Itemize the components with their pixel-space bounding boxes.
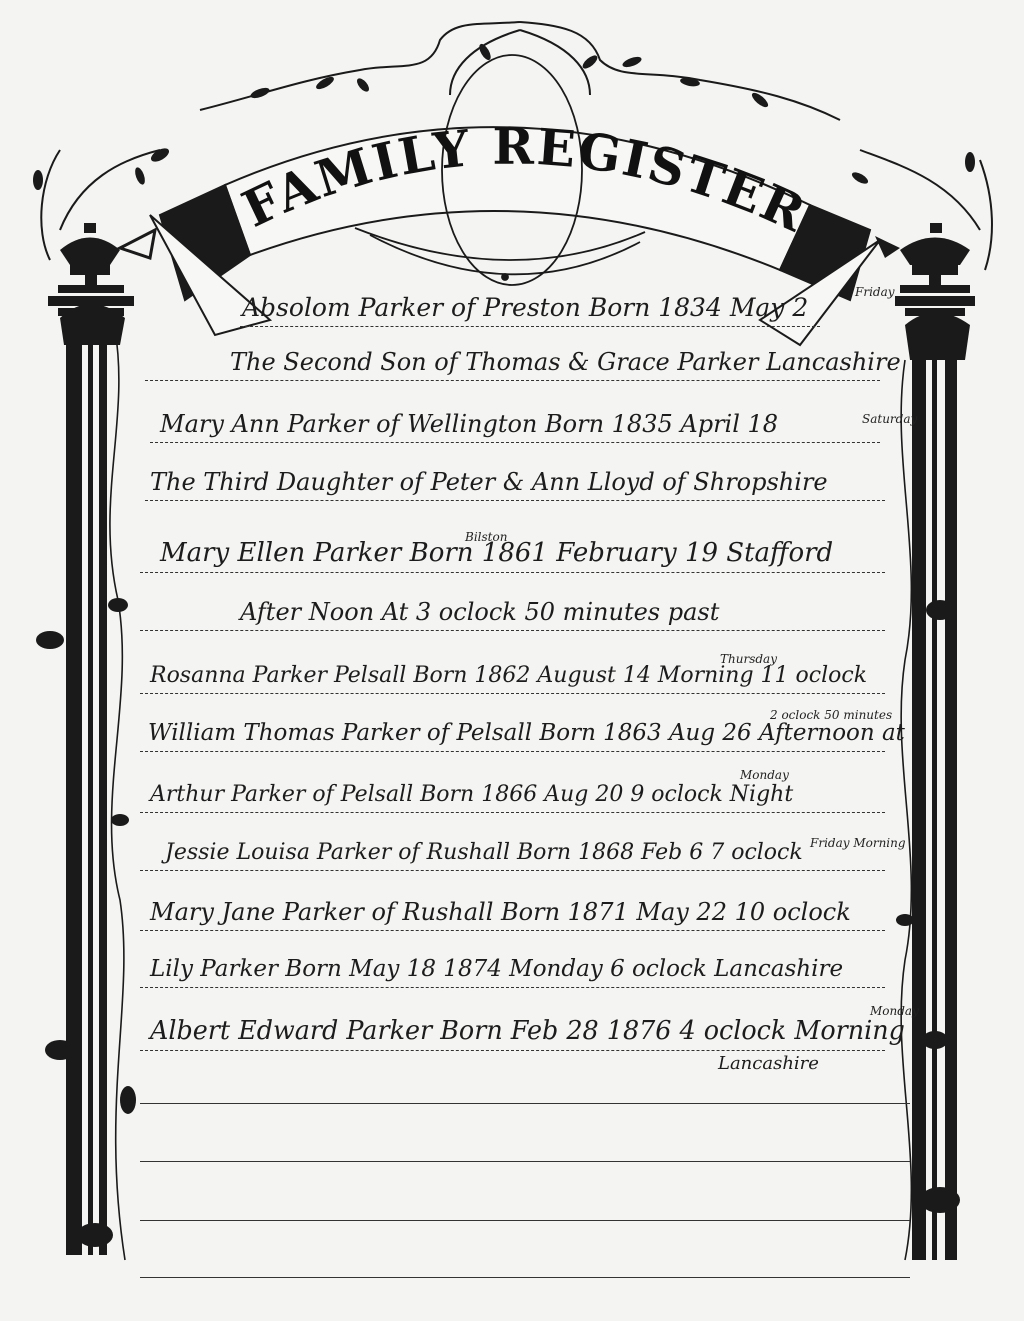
register-entry: The Second Son of Thomas & Grace Parker … [230,350,901,374]
blank-ruled-line [140,1161,910,1162]
ruled-line [140,812,885,813]
ruled-line [140,1050,885,1051]
blank-ruled-line [140,1103,910,1104]
ruled-line [140,693,885,694]
register-entry: Mary Ann Parker of Wellington Born 1835 … [160,412,778,436]
margin-annotation: Friday [855,285,895,299]
ruled-line [240,326,820,327]
register-entry: The Third Daughter of Peter & Ann Lloyd … [150,470,828,494]
family-register-page: FAMILY REGISTER Absolom Parker of Presto… [0,0,1024,1321]
blank-ruled-line [140,1277,910,1278]
ruled-line [140,751,885,752]
margin-annotation: Friday Morning [810,836,906,850]
ruled-line [140,930,885,931]
register-entry: Absolom Parker of Preston Born 1834 May … [242,295,808,320]
oil-lamp-icon [875,223,975,316]
register-entry: After Noon At 3 oclock 50 minutes past [240,600,719,624]
oil-lamp-icon [48,223,155,316]
ruled-line [150,442,880,443]
ruled-line [140,870,885,871]
blank-ruled-line [140,1220,910,1221]
ruled-line [140,630,885,631]
margin-annotation: Thursday [720,652,777,666]
register-entry: Mary Jane Parker of Rushall Born 1871 Ma… [150,900,851,924]
margin-annotation: Bilston [465,530,507,544]
register-entry: Lancashire [718,1055,819,1073]
register-entry: Lily Parker Born May 18 1874 Monday 6 oc… [150,958,843,981]
register-entry: William Thomas Parker of Pelsall Born 18… [148,722,905,745]
ruled-line [140,987,885,988]
margin-annotation: Saturday [862,412,917,426]
ruled-line [145,500,885,501]
register-entry: Albert Edward Parker Born Feb 28 1876 4 … [150,1018,905,1044]
register-entry: Jessie Louisa Parker of Rushall Born 186… [165,842,803,864]
ruled-line [140,572,885,573]
margin-annotation: Monday [870,1004,919,1018]
decorative-frame [0,0,1024,1321]
margin-annotation: 2 oclock 50 minutes [770,708,892,722]
margin-annotation: Monday [740,768,789,782]
register-entry: Rosanna Parker Pelsall Born 1862 August … [150,665,867,687]
register-entry: Arthur Parker of Pelsall Born 1866 Aug 2… [150,784,793,806]
right-pillar [905,313,970,1261]
ruled-line [145,380,880,381]
